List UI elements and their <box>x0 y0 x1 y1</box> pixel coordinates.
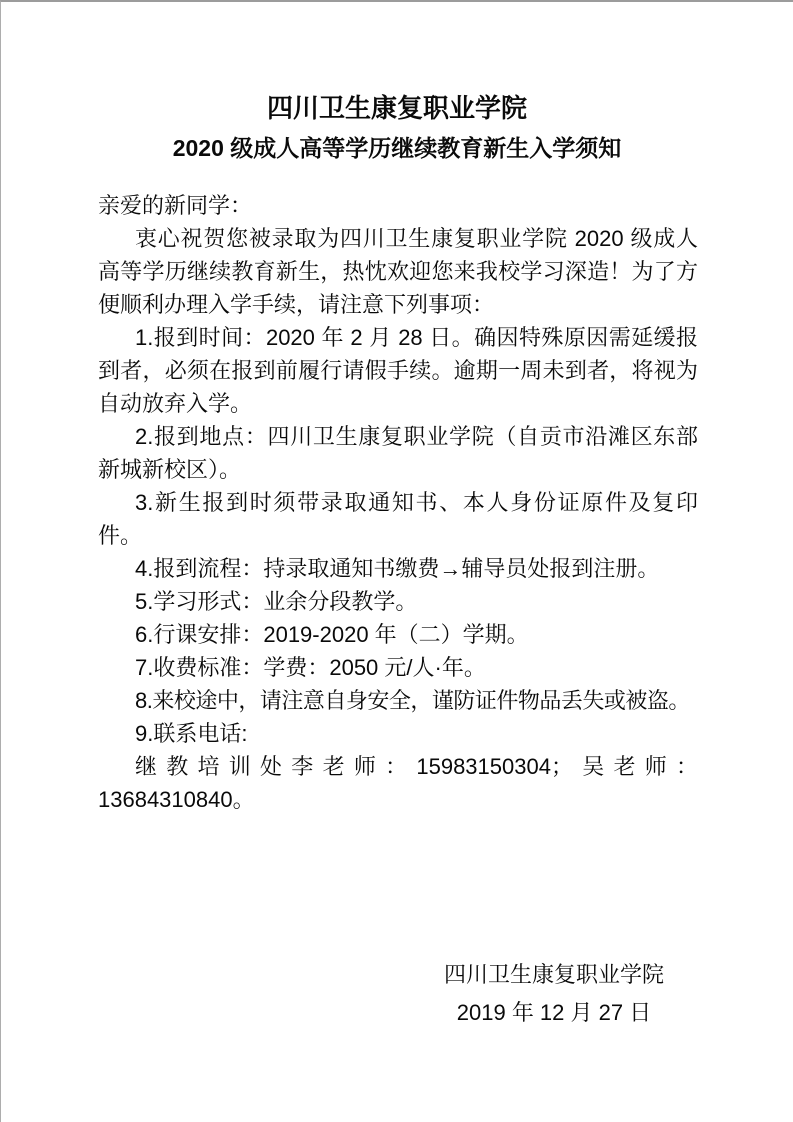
notice-item-7: 7.收费标准：学费：2050 元/人·年。 <box>98 651 698 684</box>
notice-item-9: 9.联系电话: <box>98 717 698 750</box>
contact-paragraph: 继教培训处李老师：15983150304；吴老师：13684310840。 <box>98 750 698 816</box>
signature-block: 四川卫生康复职业学院 2019 年 12 月 27 日 <box>442 956 666 1032</box>
notice-item-2: 2.报到地点：四川卫生康复职业学院（自贡市沿滩区东部新城新校区）。 <box>98 420 698 486</box>
notice-item-5: 5.学习形式：业余分段教学。 <box>98 585 698 618</box>
intro-paragraph: 衷心祝贺您被录取为四川卫生康复职业学院 2020 级成人高等学历继续教育新生，热… <box>98 222 698 321</box>
document-body: 亲爱的新同学： 衷心祝贺您被录取为四川卫生康复职业学院 2020 级成人高等学历… <box>98 189 698 816</box>
notice-item-6: 6.行课安排：2019-2020 年（二）学期。 <box>98 618 698 651</box>
notice-item-3: 3.新生报到时须带录取通知书、本人身份证原件及复印件。 <box>98 486 698 552</box>
document-header: 四川卫生康复职业学院 2020 级成人高等学历继续教育新生入学须知 <box>1 2 793 168</box>
notice-item-8: 8.来校途中，请注意自身安全，谨防证件物品丢失或被盗。 <box>98 684 698 717</box>
signature-name: 四川卫生康复职业学院 <box>442 956 666 994</box>
document-title-line2: 2020 级成人高等学历继续教育新生入学须知 <box>1 128 793 168</box>
document-page: 四川卫生康复职业学院 2020 级成人高等学历继续教育新生入学须知 亲爱的新同学… <box>0 0 793 1122</box>
salutation: 亲爱的新同学： <box>98 189 698 222</box>
notice-item-1: 1.报到时间：2020 年 2 月 28 日。确因特殊原因需延缓报到者，必须在报… <box>98 321 698 420</box>
signature-date: 2019 年 12 月 27 日 <box>442 994 666 1032</box>
notice-item-4: 4.报到流程：持录取通知书缴费→辅导员处报到注册。 <box>98 552 698 585</box>
document-title-line1: 四川卫生康复职业学院 <box>1 88 793 128</box>
